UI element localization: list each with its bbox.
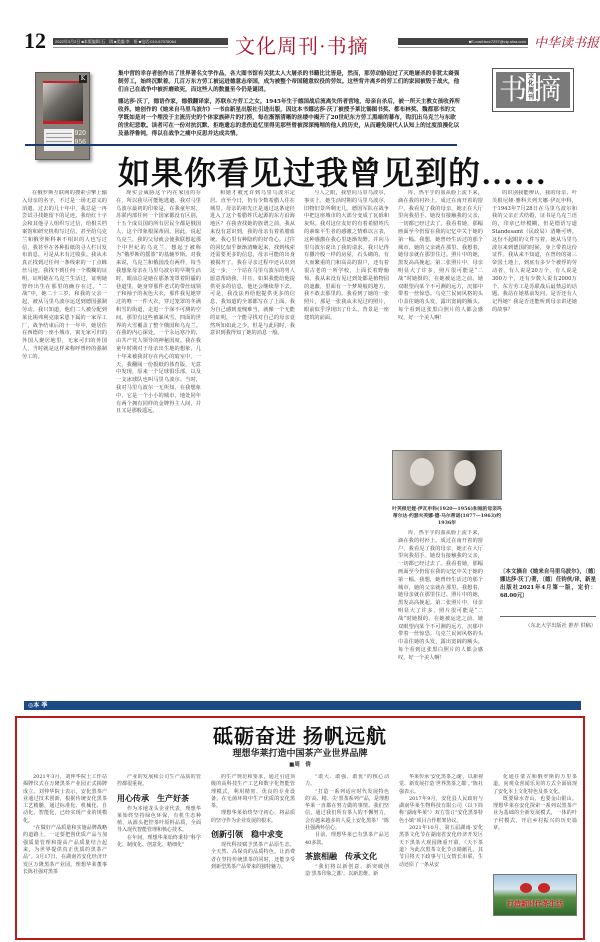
family-photo [392, 450, 502, 504]
ad-column: 产业的发展和公司生产品质的管控都很重视。 用心传承 生产好茶 作为本地龙头企业代… [117, 774, 201, 934]
page-header: 12 2022年3月2日 ■本版编辑:石 琪 ■美编:李 妍 ■电话:010-6… [20, 34, 590, 54]
article-column: 现实会威胁这个内在家园的存在，所以我尽可能地逃避。我对马里乌波尔最初的印象是，在… [116, 190, 201, 678]
ad-title: 砥砺奋进 扬帆远航 [17, 720, 583, 749]
cover-red-stripe [43, 81, 83, 83]
section-title: 文化周刊·书摘 [235, 30, 369, 59]
header-rule [398, 47, 528, 48]
date-editor-bar: 2022年3月2日 ■本版编辑:石 琪 ■美编:李 妍 ■电话:010-6707… [53, 38, 228, 45]
source-note: 〔本文摘自《她来自马里乌波尔》，〔德〕娜达莎·沃丁/著，〔德〕任钧侠/译，新星出… [500, 568, 596, 600]
recommender-credit: （东北大学出版社 推荐 供稿） [500, 622, 596, 629]
ad-subtitle: 理想华莱打造中国茶产业世界品牌 [17, 746, 583, 759]
divider [500, 616, 596, 617]
headline-rule [25, 144, 457, 146]
column-logo: 书摘 文化周刊 [492, 68, 574, 112]
ad-feature-box: 砥砺奋进 扬帆远航 理想华莱打造中国茶产业世界品牌 ■周 倩 2021年3月，刘… [15, 716, 585, 940]
article-column: 的识别我能辨认，我的母亲，叶芙根尼娅·雅科夫列夫娜·伊瓦申科，于1943年7月2… [492, 190, 577, 372]
ad-column: 的生产规范和要求，通过引进顶级的高科技生产工艺和数字化智能管理模式，利用精密、优… [211, 774, 295, 934]
email-bar: ■E-mail:tsxx7297@vip.sina.com [398, 38, 528, 45]
cover-photo [43, 81, 83, 121]
book-cover-image: 1920 1956 K [35, 72, 90, 160]
article-column: 在俄罗斯互联网的搜索引擎上输入母亲的名字，不过是一场无意义的消遣。过去的几十年中… [22, 190, 107, 678]
ad-column: 2021年3月，刘仲华院士工作站揭牌仪式在万隆黑茶产业园正式揭牌成立。刘仲华院士… [23, 774, 107, 934]
intro-paragraph: 集中营的幸存者创作出了世界著名文学作品，各大图书馆有关犹太人大屠杀的书籍比比皆是… [118, 70, 460, 94]
ad-subheading: 茶旅相融 传承文化 [305, 850, 389, 863]
ad-column: 化通往蒙古和俄罗斯的万里茶道，向观众喜闻乐见的方式全面展现了安化本土文化特色及茶… [493, 774, 577, 872]
ad-subheading: 创新引领 稳中求变 [211, 828, 295, 841]
photo-slogan: 打造新时代茶生活 [496, 899, 574, 909]
ad-body: 2021年3月，刘仲华院士工作站揭牌仪式在万隆黑茶产业园正式揭牌成立。刘仲华院士… [23, 774, 579, 936]
page-number: 12 [24, 28, 46, 54]
ad-column: “敢大、敢强、敢优”的核心动力。 “打造一系列适应时代发展特色的‘高、精、尖’黑… [305, 774, 389, 934]
article-intro: 集中营的幸存者创作出了世界著名文学作品，各大图书馆有关犹太人大屠杀的书籍比比皆是… [118, 70, 460, 142]
tea-town-photo: 打造新时代茶生活 [493, 874, 577, 916]
publisher-logo-icon: K [79, 75, 87, 83]
article-column: 和她才被允许到乌里乌波尔定居。直至今日，仍有少数希腊人住在城里。母亲的祖先正是通… [210, 190, 295, 678]
column-logo-tag: 文化周刊 [526, 73, 536, 101]
ad-author: ■周 倩 [17, 760, 583, 768]
newspaper-logo: 中华读书报 [534, 32, 599, 51]
article-column: 库，热乎乎的血从脸上流下来，滴在我的衬衫上。成过在南开着的窗户，我看见了我的母亲… [398, 190, 483, 445]
cover-label [44, 129, 74, 151]
article-column: 库，热乎乎的血从脸上流下来，滴在我的衬衫上。成过在南开着的窗户，我看见了我的母亲… [398, 530, 483, 678]
ad-section-bar: ◎本 季 [24, 701, 581, 710]
ad-column: 华莱传承‘安化黑茶之魂’，以新视觉、新发展打造‘世界黑茶之都’。”陈社强表示。 … [399, 774, 483, 934]
intro-paragraph: 娜达莎·沃丁，德语作家，德俄翻译家，苏联东方劳工之女。1945年生于德国战后流离… [118, 98, 460, 138]
ad-subheading: 用心传承 生产好茶 [117, 792, 201, 805]
article-headline: 如果你看见过我曾见到的…… [118, 148, 547, 194]
photo-caption: 叶芙根尼娅·伊瓦申科(1920—1956)和她的母亲玛蒂尔达·约瑟夫芙娜·德·马… [392, 506, 502, 527]
article-column: 与人之眼，我望向马里乌波尔，事实上，她生活时期的马里乌波尔，旧物旧景所剩无几。德… [304, 190, 389, 678]
article-body: 在俄罗斯互联网的搜索引擎上输入母亲的名字，不过是一场无意义的消遣。过去的几十年中… [22, 190, 582, 680]
header-rule [53, 47, 228, 48]
cover-red-stripe [43, 121, 83, 124]
